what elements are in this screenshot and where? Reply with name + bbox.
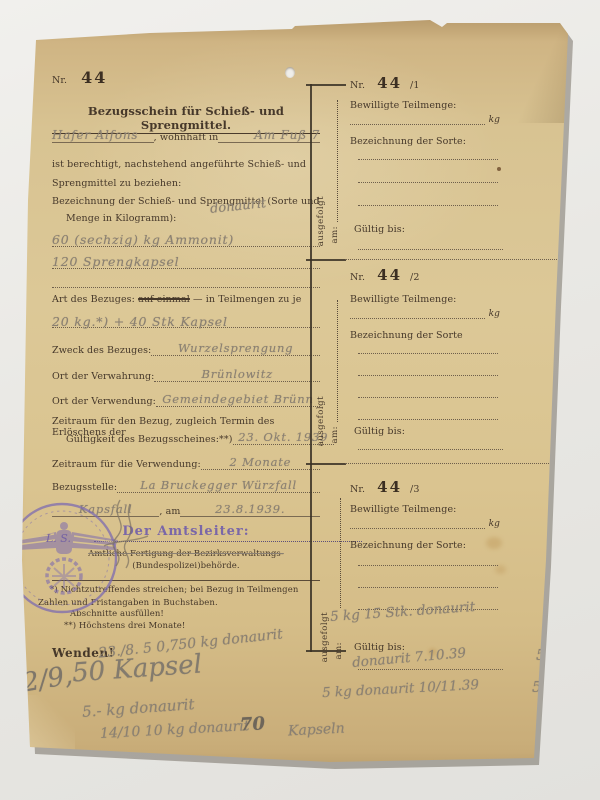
- issuing-office-entry: La Bruckegger Würzfall: [117, 479, 320, 493]
- name-row: Hafer Alfons , wohnhaft in Am Fuß 7: [52, 129, 320, 143]
- period-line-2: Gültigkeit des Bezugsscheines:**) 23. Ok…: [52, 431, 334, 445]
- issued-label-2: ausgefolgt: [316, 396, 326, 446]
- issued-date-label-1: am:: [330, 226, 340, 244]
- designation-line-1: 60 (sechzig) kg Ammonit): [52, 229, 320, 247]
- sort-line: [358, 586, 498, 588]
- type-of-purchase-row: Art des Bezuges: auf einmal — in Teilmen…: [52, 294, 320, 305]
- footnote-3: **) Höchstens drei Monate!: [52, 621, 332, 631]
- sort-line: [358, 158, 498, 160]
- coupon-number: Nr.44/2: [350, 266, 419, 284]
- approved-quantity-label: Bewilligte Teilmenge:: [350, 294, 456, 305]
- kg-line: kg: [350, 114, 500, 125]
- issued-label-3: ausgefolgt: [320, 612, 330, 662]
- pencil-note-kapseln: Kapseln: [288, 721, 345, 740]
- struck-option: auf einmal: [138, 294, 190, 305]
- issued-date-label-2: am:: [330, 426, 340, 444]
- sort-line: [358, 418, 498, 420]
- sort-label: Bezeichnung der Sorte:: [350, 540, 466, 551]
- nr-value: 44: [81, 68, 107, 87]
- issued-fill-line-3: [340, 498, 341, 608]
- kg-line: kg: [350, 518, 500, 529]
- form-number: Nr.44: [52, 68, 320, 87]
- quantity-entry-2: 120 Sprengkapsel: [52, 254, 179, 269]
- coupon-number: Nr.44/3: [350, 478, 419, 496]
- issued-label-1: ausgefolgt: [316, 196, 326, 246]
- partial-quantity-entry-row: 20 kg.*) + 40 Stk Kapsel: [52, 311, 320, 328]
- valid-until-line: [358, 248, 503, 250]
- section-stub: [306, 259, 346, 261]
- storage-entry: Brünlowitz: [154, 368, 320, 382]
- pencil-note-5kg: 5.- kg donaurit: [82, 695, 195, 721]
- sort-line: [358, 181, 498, 183]
- pencil-note-70: 70: [239, 713, 265, 735]
- name-entry: Hafer Alfons: [52, 129, 154, 143]
- pencil-margin-note: 5 –: [536, 646, 558, 664]
- approved-quantity-label: Bewilligte Teilmenge:: [350, 100, 456, 111]
- issued-fill-line-1: [337, 100, 338, 222]
- coupon-separator: [345, 259, 557, 260]
- pencil-note-1410: 14/10 10 kg donaurit: [100, 718, 250, 742]
- issued-date-label-3: am:: [334, 642, 344, 660]
- sort-line: [358, 352, 498, 354]
- coupon-section-2: Nr.44/2 Bewilligte Teilmenge: kg Bezeich…: [350, 266, 558, 451]
- pencil-entry-coupon3-valid-2: 5 kg donaurit 10/11.39: [322, 677, 480, 701]
- usage-period-entry: 2 Monate: [201, 456, 320, 470]
- document-paper: Nr.44 Bezugsschein für Schieß- und Spren…: [0, 0, 600, 800]
- approved-quantity-label: Bewilligte Teilmenge:: [350, 504, 456, 515]
- usage-entry: Gemeindegebiet Brünn: [156, 393, 320, 407]
- issue-date-entry: 23.8.1939.: [180, 503, 320, 517]
- sort-line: [358, 564, 498, 566]
- stamp-ls-text: L. S.: [45, 532, 71, 545]
- valid-until-label: Gültig bis:: [354, 426, 405, 437]
- photo-background: Nr.44 Bezugsschein für Schieß- und Spren…: [0, 0, 600, 800]
- designation-line-3: [52, 274, 320, 288]
- valid-until-line: [358, 448, 503, 450]
- coupon-separator: [345, 463, 557, 464]
- entitlement-text: ist berechtigt, nachstehend angeführte S…: [52, 155, 320, 193]
- kg-line: kg: [350, 308, 500, 319]
- section-stub: [306, 463, 346, 465]
- coupon-section-1: Nr.44/1 Bewilligte Teilmenge: kg Bezeich…: [350, 74, 558, 254]
- sort-label: Bezeichnung der Sorte: [350, 330, 463, 341]
- address-entry: Am Fuß 7: [218, 129, 320, 143]
- column-divider-line: [310, 84, 312, 652]
- storage-row: Ort der Verwahrung: Brünlowitz: [52, 368, 320, 382]
- purpose-entry: Wurzelsprengung: [151, 342, 320, 356]
- wohnhaft-label: , wohnhaft in: [154, 132, 219, 143]
- valid-until-label: Gültig bis:: [354, 224, 405, 235]
- signature-scribble: [86, 496, 156, 574]
- partial-quantity-entry: 20 kg.*) + 40 Stk Kapsel: [52, 314, 228, 329]
- purpose-row: Zweck des Bezuges: Wurzelsprengung: [52, 342, 320, 356]
- sort-line: [358, 204, 498, 206]
- usage-period-row: Zeitraum für die Verwendung: 2 Monate: [52, 456, 320, 470]
- corner-crease: [20, 695, 75, 750]
- quantity-entry-1: 60 (sechzig) kg Ammonit): [52, 232, 234, 247]
- issued-fill-line-2: [337, 300, 338, 422]
- coupon-number: Nr.44/1: [350, 74, 419, 92]
- sort-line: [358, 396, 498, 398]
- sort-label: Bezeichnung der Sorte:: [350, 136, 466, 147]
- issuing-office-row: Bezugsstelle: La Bruckegger Würzfall: [52, 479, 320, 493]
- designation-label: Bezeichnung der Schieß- und Sprengmittel…: [52, 193, 334, 227]
- designation-line-2: 120 Sprengkapsel: [52, 251, 320, 269]
- section-stub: [306, 84, 346, 86]
- sort-line: [358, 374, 498, 376]
- nr-label: Nr.: [52, 75, 67, 86]
- usage-row: Ort der Verwendung: Gemeindegebiet Brünn: [52, 393, 320, 407]
